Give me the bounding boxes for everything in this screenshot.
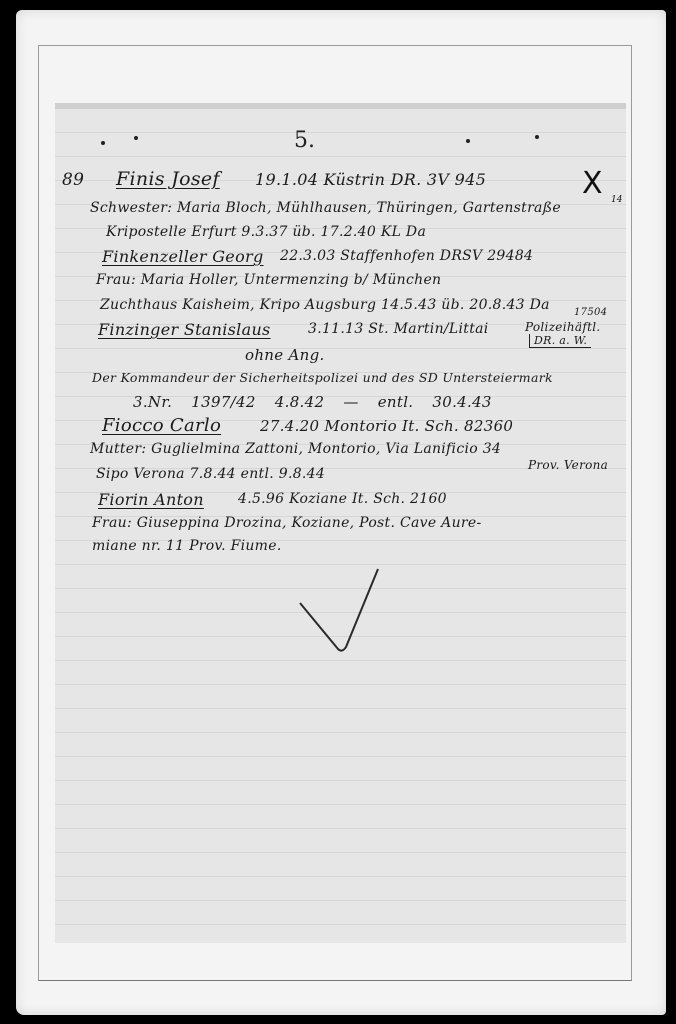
entry-number: 89 [62, 170, 84, 190]
entry-detail: Mutter: Guglielmina Zattoni, Montorio, V… [90, 441, 501, 457]
entry-line: 3.11.13 St. Martin/Littai [308, 321, 489, 337]
entry-detail: Zuchthaus Kaisheim, Kripo Augsburg 14.5.… [100, 297, 550, 313]
entry-detail: ohne Ang. [245, 346, 325, 364]
entry-detail: Der Kommandeur der Sicherheitspolizei un… [92, 370, 553, 385]
entry-line: 27.4.20 Montorio It. Sch. 82360 [260, 417, 513, 435]
check-mark-icon [298, 565, 388, 655]
entry-detail: Sipo Verona 7.8.44 entl. 9.8.44 [96, 466, 325, 482]
entry-detail: Frau: Maria Holler, Untermenzing b/ Münc… [96, 272, 441, 288]
side-note: Polizeihäftl. [525, 320, 600, 334]
entry-line: 22.3.03 Staffenhofen DRSV 29484 [280, 248, 533, 264]
entry-detail: Schwester: Maria Bloch, Mühlhausen, Thür… [90, 200, 561, 216]
side-note: Prov. Verona [528, 458, 608, 472]
page-number: 5. [294, 128, 315, 153]
entry-detail: 3.Nr. 1397/42 4.8.42 — entl. 30.4.43 [133, 393, 492, 411]
entry-name: Finkenzeller Georg [102, 247, 264, 266]
entry-detail: Frau: Giuseppina Drozina, Koziane, Post.… [92, 515, 482, 531]
entry-detail: Kripostelle Erfurt 9.3.37 üb. 17.2.40 KL… [106, 224, 426, 240]
entry-line: 4.5.96 Koziane It. Sch. 2160 [238, 491, 447, 507]
cross-mark-icon: X [582, 166, 603, 201]
entry-name: Fiocco Carlo [102, 415, 221, 436]
ink-spot [101, 141, 105, 145]
entry-name: Fiorin Anton [98, 490, 204, 509]
ink-spot [466, 139, 470, 143]
ink-spot [134, 136, 138, 140]
ink-spot [535, 135, 539, 139]
margin-note: 17504 [574, 307, 607, 318]
entry-name: Finzinger Stanislaus [98, 320, 271, 339]
entry-detail: miane nr. 11 Prov. Fiume. [92, 538, 282, 554]
entry-name: Finis Josef [116, 168, 220, 190]
side-note-box: DR. a. W. [529, 334, 591, 348]
entry-line: 19.1.04 Küstrin DR. 3V 945 [255, 170, 486, 189]
margin-note: 14 [611, 195, 622, 205]
